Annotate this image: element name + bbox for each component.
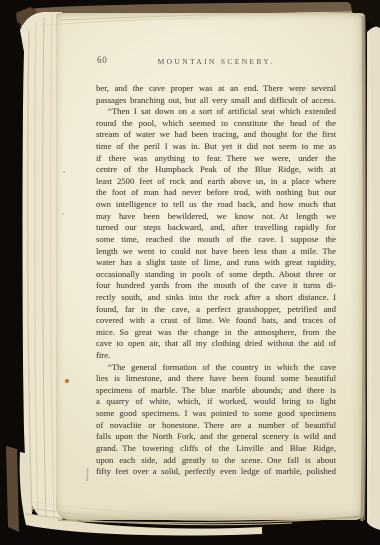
text-line: some good specimens. I was pointed to so… <box>96 408 336 420</box>
running-head-row: 60 MOUNTAIN SCENERY. <box>96 55 336 83</box>
pencil-mark <box>86 468 88 481</box>
text-line: fire. <box>96 350 336 362</box>
text-line: centre of the Humpback Peak of the Blue … <box>96 164 336 176</box>
text-line: a quarry of white, which, if worked, wou… <box>96 396 336 408</box>
text-line: “The general formation of the country in… <box>96 362 336 374</box>
running-header: MOUNTAIN SCENERY. <box>96 57 336 66</box>
text-line: fifty feet over a solid, perfectly even … <box>96 466 336 478</box>
text-line: lies is limestone, and there have been f… <box>96 373 336 385</box>
text-line: stream of water we had been tracing, and… <box>96 129 336 141</box>
text-line: ber, and the cave proper was at an end. … <box>96 83 336 95</box>
text-line: length we went to could not have been le… <box>96 246 336 258</box>
printed-text-block: 60 MOUNTAIN SCENERY. ber, and the cave p… <box>96 55 336 83</box>
text-line: specimens of marble. The blue marble abo… <box>96 385 336 397</box>
text-line: least 2500 feet of rock and earth above … <box>96 176 336 188</box>
page-body-text: ber, and the cave proper was at an end. … <box>96 83 336 478</box>
text-line: some time, reached the mouth of the cave… <box>96 234 336 246</box>
text-line: found, far in the cave, a perfect grassh… <box>96 304 336 316</box>
text-line: time of the peril I was in. But yet it d… <box>96 141 336 153</box>
text-line: may have been bewildered, we know not. A… <box>96 211 336 223</box>
text-line: the foot of man had never before trod, w… <box>96 187 336 199</box>
text-line: passages branching out, but all very sma… <box>96 95 336 107</box>
text-line: “Then I sat down on a sort of artificial… <box>96 106 336 118</box>
text-line: rectly south, and sinks into the rock af… <box>96 292 336 304</box>
gutter-shadow <box>362 16 371 521</box>
text-line: occasionally standing in pools of some d… <box>96 269 336 281</box>
book-page-photo: 60 MOUNTAIN SCENERY. ber, and the cave p… <box>0 0 380 545</box>
text-line: mice. So great was the change in the atm… <box>96 327 336 339</box>
text-line: upon each side, add greatly to the scene… <box>96 455 336 467</box>
text-line: turned our steps backward, and, after tr… <box>96 222 336 234</box>
text-line: water has a slight taste of lime, and ru… <box>96 257 336 269</box>
text-line: cave to open air, that all my clothing d… <box>96 338 336 350</box>
text-line: own intelligence to tell us the road bac… <box>96 199 336 211</box>
text-line: grand. The towering cliffs of the Linvil… <box>96 443 336 455</box>
text-line: four hundred yards from the mouth of the… <box>96 280 336 292</box>
text-line: of novaclite or honestone. There are a n… <box>96 420 336 432</box>
text-line: covered with a crust of lime. We found b… <box>96 315 336 327</box>
text-line: falls upon the North Fork, and the gener… <box>96 431 336 443</box>
text-line: if there was anything to fear. There we … <box>96 153 336 165</box>
text-line: round the pool, which seemed to constitu… <box>96 118 336 130</box>
orange-speck <box>65 379 69 383</box>
